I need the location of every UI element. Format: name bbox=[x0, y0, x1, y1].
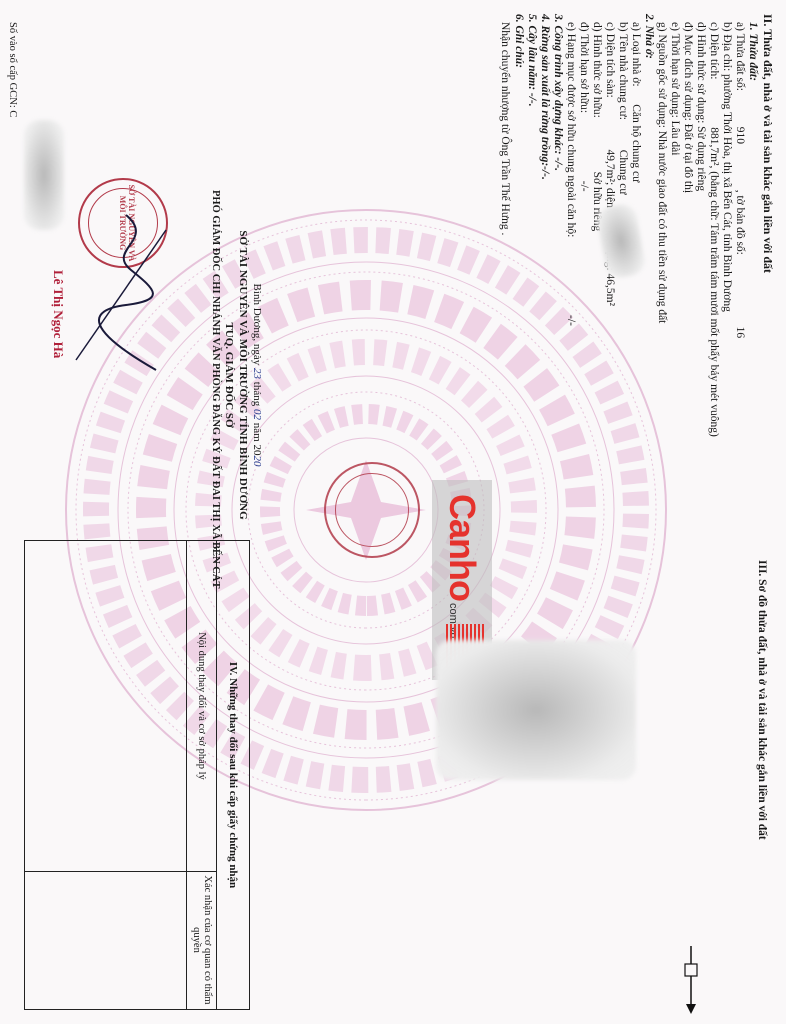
map-sheet-label: , tờ bản đồ số: bbox=[734, 190, 746, 255]
ownership-form-row: d) Hình thức sở hữu: Sở hữu riêng bbox=[590, 22, 603, 231]
issue-day: 23 bbox=[251, 368, 263, 379]
other-construction-row: 3. Công trình xây dựng khác: -/-. bbox=[551, 14, 564, 171]
parcel-number: 910 bbox=[734, 127, 746, 144]
use-form-row: d) Hình thức sử dụng: Sử dụng riêng bbox=[694, 22, 707, 191]
issue-month: 02 bbox=[251, 409, 263, 420]
changes-content-header: Nội dung thay đổi và cơ sở pháp lý bbox=[186, 541, 217, 872]
house-heading: 2. Nhà ở: bbox=[642, 14, 655, 59]
area-label: c) Diện tích: bbox=[708, 22, 720, 79]
shared-items-label: e) Hạng mục được sở hữu chung ngoài căn … bbox=[565, 22, 577, 237]
signer-name: Lê Thị Ngọc Hà bbox=[50, 270, 66, 358]
floor-area-label: c) Diện tích sàn: bbox=[604, 22, 616, 98]
purpose-row: đ) Mục đích sử dụng: Đất ở tại đô thị bbox=[681, 22, 694, 193]
authority-confirmation-header: Xác nhận của cơ quan có thẩm quyền bbox=[186, 871, 217, 1009]
changes-table: IV. Những thay đổi sau khi cấp giấy chứn… bbox=[24, 540, 250, 1010]
notes-heading: 6. Ghi chú: bbox=[512, 14, 525, 68]
building-row: b) Tên nhà chung cư: Chung cư bbox=[616, 22, 629, 195]
watermark-brand: Canho bbox=[441, 494, 483, 601]
parcel-label: a) Thửa đất số: bbox=[734, 22, 746, 91]
area-value: 881,7m², (bằng chữ: Tám trăm tám mươi mố… bbox=[708, 127, 720, 437]
notes-text: Nhận chuyển nhượng từ Ông Trần Thế Hưng … bbox=[498, 22, 511, 235]
shared-items-value: -/- bbox=[565, 315, 577, 326]
area-row: c) Diện tích: 881,7m², (bằng chữ: Tám tr… bbox=[707, 22, 720, 437]
handwritten-signature bbox=[66, 210, 186, 380]
house-type-value: Căn hộ chung cư bbox=[630, 104, 642, 182]
section3-title: III. Sơ đồ thửa đất, nhà ở và tài sản kh… bbox=[755, 560, 768, 840]
signer-position: PHÓ GIÁM ĐỐC CHI NHÁNH VĂN PHÒNG ĐĂNG KÝ… bbox=[208, 190, 222, 560]
shared-items-row: e) Hạng mục được sở hữu chung ngoài căn … bbox=[564, 22, 577, 326]
land-heading: 1. Thửa đất: bbox=[746, 22, 759, 81]
signature-block: Bình Dương, ngày 23 tháng 02 năm 2020 SỞ… bbox=[208, 190, 264, 560]
building-label: b) Tên nhà chung cư: bbox=[617, 22, 629, 120]
section4-title: IV. Những thay đổi sau khi cấp giấy chứn… bbox=[216, 541, 249, 1009]
changes-content-cell bbox=[25, 541, 187, 872]
redacted-gcn-number bbox=[24, 120, 64, 230]
year-label: năm 20 bbox=[251, 423, 263, 456]
house-type-row: a) Loại nhà ở: Căn hộ chung cư bbox=[629, 22, 642, 182]
redacted-plot-diagram bbox=[436, 640, 636, 780]
forest-row: 4. Rừng sản xuất là rừng trồng:-/-. bbox=[538, 14, 551, 180]
date-prefix: Bình Dương, ngày bbox=[251, 284, 263, 366]
map-sheet-number: 16 bbox=[734, 327, 746, 339]
issuing-agency: SỞ TÀI NGUYÊN VÀ MÔI TRƯỜNG TỈNH BÌNH DƯ… bbox=[236, 190, 250, 560]
land-certificate-page: II. Thửa đất, nhà ở và tài sản khác gắn … bbox=[0, 0, 786, 1024]
ownership-term-value: -/- bbox=[578, 181, 590, 192]
parcel-number-row: a) Thửa đất số: 910 , tờ bản đồ số: 16 bbox=[733, 22, 746, 338]
issue-year-suffix: 20 bbox=[251, 455, 263, 466]
address-row: b) Địa chỉ: phường Thới Hòa, thị xã Bến … bbox=[720, 22, 733, 312]
perennial-row: 5. Cây lâu năm: -/-. bbox=[525, 14, 538, 107]
ownership-term-row: đ) Thời hạn sở hữu: -/- bbox=[577, 22, 590, 192]
building-value: Chung cư bbox=[617, 150, 629, 195]
term-row: e) Thời hạn sử dụng: Lâu dài bbox=[668, 22, 681, 155]
center-stamp bbox=[324, 462, 420, 558]
ownership-term-label: đ) Thời hạn sở hữu: bbox=[578, 22, 590, 113]
ownership-form-label: d) Hình thức sở hữu: bbox=[591, 22, 603, 118]
north-arrow-icon bbox=[682, 944, 700, 1014]
on-behalf-of: TUQ. GIÁM ĐỐC SỞ bbox=[222, 190, 236, 560]
origin-row: g) Nguồn gốc sử dụng: Nhà nước giao đất … bbox=[655, 22, 668, 323]
gcn-registry-number: Số vào sổ cấp GCN: C bbox=[7, 22, 18, 117]
month-label: tháng bbox=[251, 382, 263, 406]
house-type-label: a) Loại nhà ở: bbox=[630, 22, 642, 87]
issue-date: Bình Dương, ngày 23 tháng 02 năm 2020 bbox=[250, 190, 264, 560]
section2-title: II. Thửa đất, nhà ở và tài sản khác gắn … bbox=[761, 14, 774, 273]
